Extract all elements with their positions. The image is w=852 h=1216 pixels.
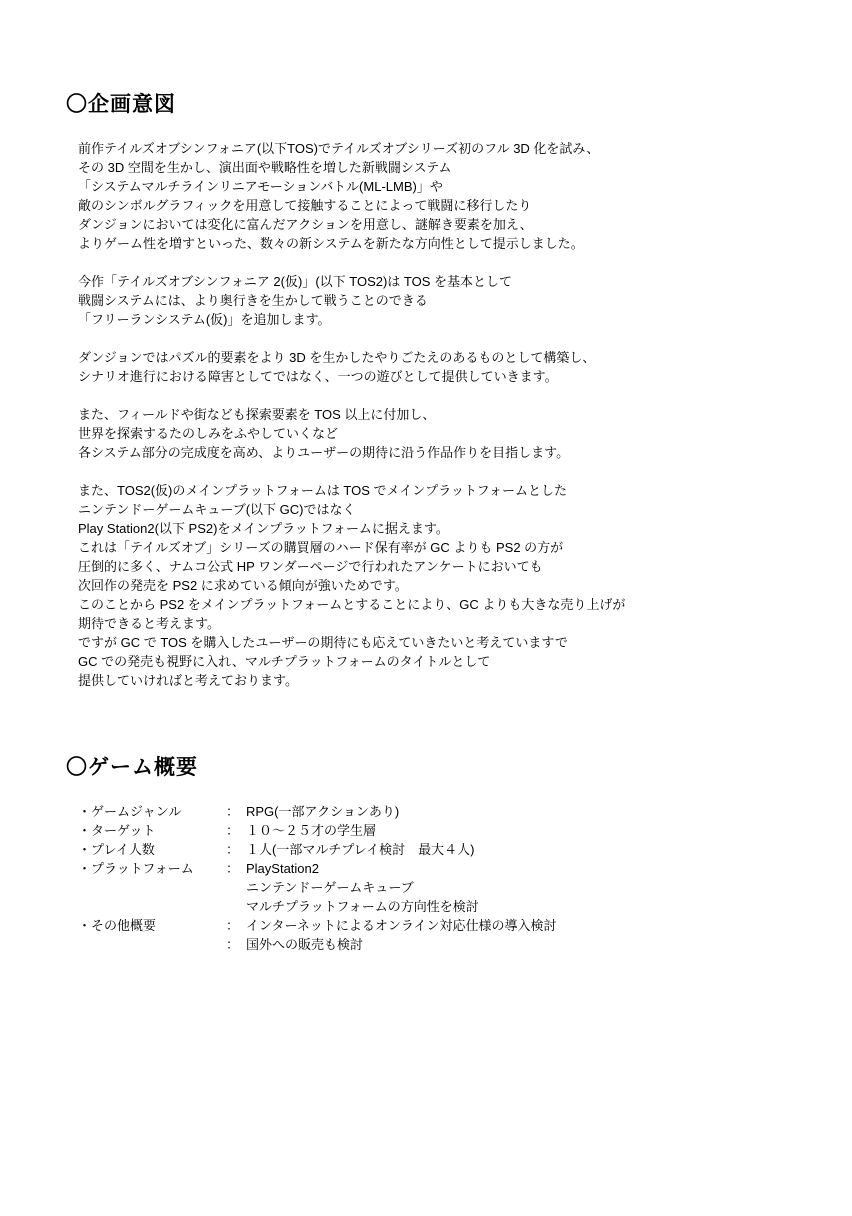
text-line: その 3D 空間を生かし、演出面や戦略性を増した新戦闘システム [78, 158, 625, 177]
text-line: 戦闘システムには、より奥行きを生かして戦うことのできる [78, 291, 625, 310]
text-line: 次回作の発売を PS2 に求めている傾向が強いためです。 [78, 576, 625, 595]
spec-value: １人(一部マルチプレイ検討 最大４人) [246, 840, 475, 859]
spec-colon: ： [226, 802, 246, 821]
text-line: 今作「テイルズオブシンフォニア 2(仮)」(以下 TOS2)は TOS を基本と… [78, 272, 625, 291]
text-line: よりゲーム性を増すといった、数々の新システムを新たな方向性として提示しました。 [78, 234, 625, 253]
spec-label [78, 935, 226, 954]
paragraph-1: 前作テイルズオブシンフォニア(以下TOS)でテイルズオブシリーズ初のフル 3D … [78, 139, 625, 253]
paragraph-3: ダンジョンではパズル的要素をより 3D を生かしたやりごたえのあるものとして構築… [78, 348, 625, 386]
spec-row-platform-3: マルチプラットフォームの方向性を検討 [78, 897, 556, 916]
spec-value: PlayStation2 [246, 859, 319, 878]
spec-label: ・ゲームジャンル [78, 802, 226, 821]
spec-colon: ： [226, 916, 246, 935]
text-line: ですが GC で TOS を購入したユーザーの期待にも応えていきたいと考えていま… [78, 633, 625, 652]
text-line: ニンテンドーゲームキューブ(以下 GC)ではなく [78, 500, 625, 519]
text-line: これは「テイルズオブ」シリーズの購買層のハード保有率が GC よりも PS2 の… [78, 538, 625, 557]
spec-row-target: ・ターゲット ： １０～２５才の学生層 [78, 821, 556, 840]
spec-row-platform-2: ニンテンドーゲームキューブ [78, 878, 556, 897]
paragraph-2: 今作「テイルズオブシンフォニア 2(仮)」(以下 TOS2)は TOS を基本と… [78, 272, 625, 329]
spec-value: RPG(一部アクションあり) [246, 802, 399, 821]
spec-value: １０～２５才の学生層 [246, 821, 376, 840]
spec-colon: ： [226, 840, 246, 859]
text-line: 前作テイルズオブシンフォニア(以下TOS)でテイルズオブシリーズ初のフル 3D … [78, 139, 625, 158]
spec-label: ・ターゲット [78, 821, 226, 840]
spec-colon: ： [226, 859, 246, 878]
paragraph-4: また、フィールドや街なども探索要素を TOS 以上に付加し、 世界を探索するたの… [78, 405, 625, 462]
text-line: GC での発売も視野に入れ、マルチプラットフォームのタイトルとして [78, 652, 625, 671]
spec-row-other-2: ： 国外への販売も検討 [78, 935, 556, 954]
planning-intent-body: 前作テイルズオブシンフォニア(以下TOS)でテイルズオブシリーズ初のフル 3D … [78, 139, 625, 709]
spec-label: ・その他概要 [78, 916, 226, 935]
spec-label: ・プレイ人数 [78, 840, 226, 859]
text-line: ダンジョンではパズル的要素をより 3D を生かしたやりごたえのあるものとして構築… [78, 348, 625, 367]
text-line: 各システム部分の完成度を高め、よりユーザーの期待に沿う作品作りを目指します。 [78, 443, 625, 462]
text-line: 「フリーランシステム(仮)」を追加します。 [78, 310, 625, 329]
spec-label [78, 878, 226, 897]
text-line: Play Station2(以下 PS2)をメインプラットフォームに据えます。 [78, 519, 625, 538]
text-line: 「システムマルチラインリニアモーションバトル(ML-LMB)」や [78, 177, 625, 196]
text-line: ダンジョンにおいては変化に富んだアクションを用意し、謎解き要素を加え、 [78, 215, 625, 234]
spec-row-genre: ・ゲームジャンル ： RPG(一部アクションあり) [78, 802, 556, 821]
text-line: また、TOS2(仮)のメインプラットフォームは TOS でメインプラットフォーム… [78, 481, 625, 500]
text-line: シナリオ進行における障害としてではなく、一つの遊びとして提供していきます。 [78, 367, 625, 386]
spec-label [78, 897, 226, 916]
text-line: また、フィールドや街なども探索要素を TOS 以上に付加し、 [78, 405, 625, 424]
spec-label: ・プラットフォーム [78, 859, 226, 878]
spec-value: インターネットによるオンライン対応仕様の導入検討 [246, 916, 556, 935]
text-line: 世界を探索するたのしみをふやしていくなど [78, 424, 625, 443]
spec-colon: ： [226, 821, 246, 840]
spec-row-other: ・その他概要 ： インターネットによるオンライン対応仕様の導入検討 [78, 916, 556, 935]
text-line: 圧倒的に多く、ナムコ公式 HP ワンダーページで行われたアンケートにおいても [78, 557, 625, 576]
paragraph-5: また、TOS2(仮)のメインプラットフォームは TOS でメインプラットフォーム… [78, 481, 625, 690]
text-line: 提供していければと考えております。 [78, 671, 625, 690]
section-heading-planning-intent: 〇企画意図 [66, 88, 176, 118]
spec-value: マルチプラットフォームの方向性を検討 [246, 897, 479, 916]
document-page: 〇企画意図 前作テイルズオブシンフォニア(以下TOS)でテイルズオブシリーズ初の… [0, 0, 852, 1216]
spec-colon [226, 897, 246, 916]
spec-colon [226, 878, 246, 897]
spec-value: ニンテンドーゲームキューブ [246, 878, 414, 897]
spec-row-players: ・プレイ人数 ： １人(一部マルチプレイ検討 最大４人) [78, 840, 556, 859]
text-line: このことから PS2 をメインプラットフォームとすることにより、GC よりも大き… [78, 595, 625, 614]
spec-row-platform: ・プラットフォーム ： PlayStation2 [78, 859, 556, 878]
game-overview-list: ・ゲームジャンル ： RPG(一部アクションあり) ・ターゲット ： １０～２５… [78, 802, 556, 954]
spec-value: 国外への販売も検討 [246, 935, 363, 954]
text-line: 期待できると考えます。 [78, 614, 625, 633]
spec-colon: ： [226, 935, 246, 954]
text-line: 敵のシンボルグラフィックを用意して接触することによって戦闘に移行したり [78, 196, 625, 215]
section-heading-game-overview: 〇ゲーム概要 [66, 751, 198, 781]
